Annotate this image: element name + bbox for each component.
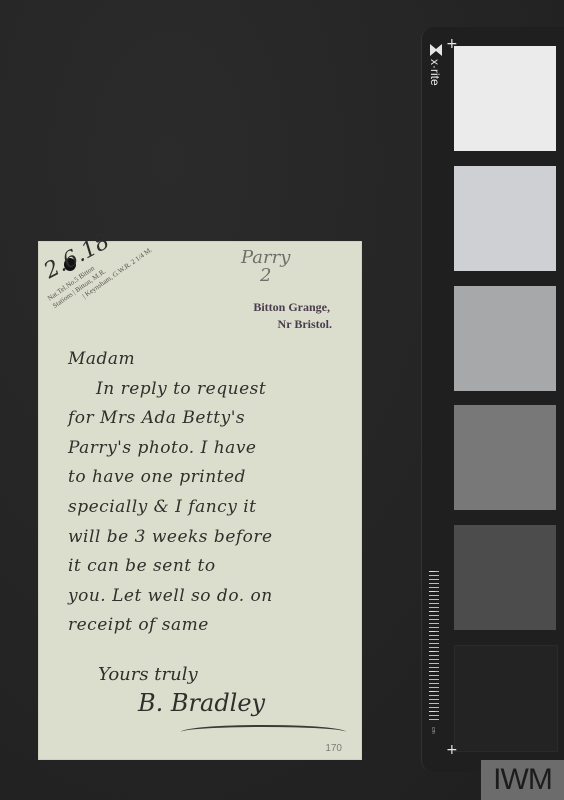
archive-ref-number: 2 [241,267,290,285]
signature-flourish [181,725,346,739]
measurement-ruler [429,571,439,721]
gray-patch-2 [454,166,556,271]
body-line: for Mrs Ada Betty's [68,404,358,434]
gray-patch-5 [454,525,556,630]
body-line: receipt of same [68,611,358,641]
folio-number: 170 [325,743,342,754]
address-line-2: Nr Bristol. [253,316,332,333]
body-line: it can be sent to [68,552,358,582]
gray-patch-6 [454,645,558,752]
brand-label: x·rite [428,59,442,86]
salutation: Madam [68,345,358,375]
color-calibration-chart: x·rite + cm + [421,27,564,772]
gray-patch-3 [454,286,556,391]
letter-card: 2.6.18 Parry 2 Nat.Tel.No.5 Bitton Stati… [38,241,362,760]
registration-mark-bottom-icon: + [446,743,458,757]
closing: Yours truly [98,664,198,685]
signature: B. Bradley [138,689,265,717]
address-line-1: Bitton Grange, [253,299,330,316]
iwm-watermark: IWM [481,760,564,800]
body-line: In reply to request [68,375,358,405]
letterhead-address: Bitton Grange, Nr Bristol. [253,299,330,333]
gray-patch-1 [454,46,556,151]
body-line: to have one printed [68,463,358,493]
body-line: specially & I fancy it [68,493,358,523]
ruler-unit-label: cm [430,727,436,734]
gray-patch-4 [454,405,556,510]
body-line: Parry's photo. I have [68,434,358,464]
xrite-logo-icon [430,44,442,56]
body-line: will be 3 weeks before [68,523,358,553]
body-line: you. Let well so do. on [68,582,358,612]
archive-reference: Parry 2 [241,249,290,285]
letter-body: Madam In reply to request for Mrs Ada Be… [68,345,358,641]
